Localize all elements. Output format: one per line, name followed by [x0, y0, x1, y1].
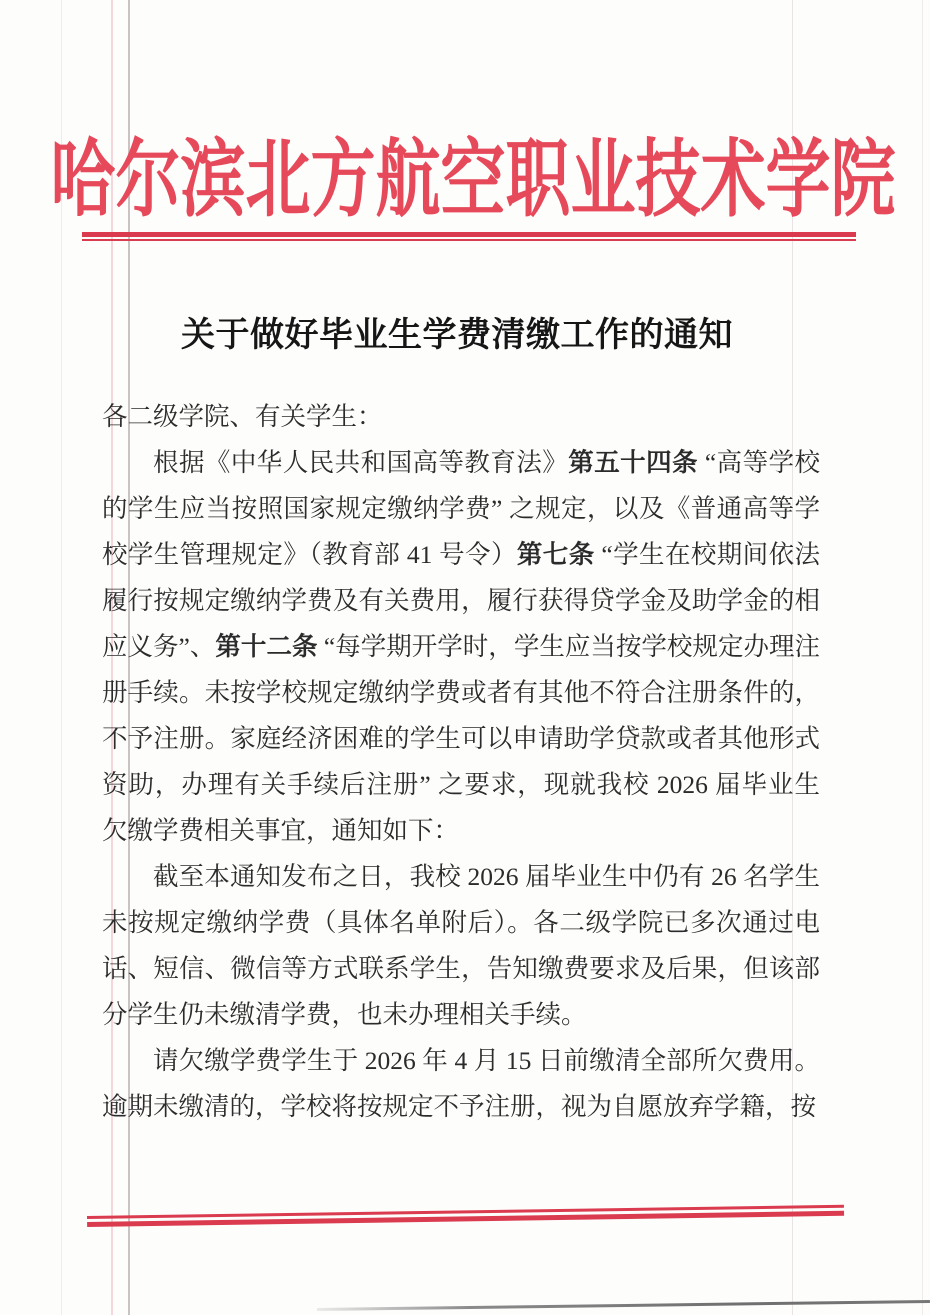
- paragraph-text: 截至本通知发布之日，我校 2026 届毕业生中仍有 26 名学生未按规定缴纳学费…: [102, 862, 820, 1029]
- paragraph-text: “每学期开学时，学生应当按学校规定办理注册手续。未按学校规定缴纳学费或者有其他不…: [102, 632, 820, 845]
- notice-paragraph: 截至本通知发布之日，我校 2026 届毕业生中仍有 26 名学生未按规定缴纳学费…: [102, 854, 820, 1038]
- scan-bottom-edge-shadow: [317, 1300, 930, 1311]
- legal-article-ref: 第七条: [517, 540, 595, 569]
- legal-article-ref: 第五十四条: [568, 448, 698, 477]
- letterhead-banner: 哈尔滨北方航空职业技术学院: [0, 118, 930, 226]
- letterhead-school-name: 哈尔滨北方航空职业技术学院: [50, 111, 895, 233]
- legal-article-ref: 第十二条: [215, 632, 317, 661]
- notice-paragraph: 请欠缴学费学生于 2026 年 4 月 15 日前缴清全部所欠费用。逾期未缴清的…: [102, 1038, 820, 1130]
- salutation-line: 各二级学院、有关学生：: [102, 394, 820, 440]
- notice-body: 各二级学院、有关学生： 根据《中华人民共和国高等教育法》第五十四条 “高等学校的…: [102, 394, 820, 1130]
- footer-double-rule: [87, 1205, 844, 1227]
- paragraph-text: 请欠缴学费学生于 2026 年 4 月 15 日前缴清全部所欠费用。逾期未缴清的…: [102, 1046, 820, 1121]
- notice-title: 关于做好毕业生学费清缴工作的通知: [0, 307, 922, 356]
- paragraph-text: 根据《中华人民共和国高等教育法》: [153, 448, 568, 477]
- scanned-notice-page: 哈尔滨北方航空职业技术学院 关于做好毕业生学费清缴工作的通知 各二级学院、有关学…: [0, 0, 930, 1315]
- notice-paragraph: 根据《中华人民共和国高等教育法》第五十四条 “高等学校的学生应当按照国家规定缴纳…: [102, 440, 820, 854]
- letterhead-double-rule: [82, 232, 856, 241]
- rule-thin-line: [82, 239, 856, 241]
